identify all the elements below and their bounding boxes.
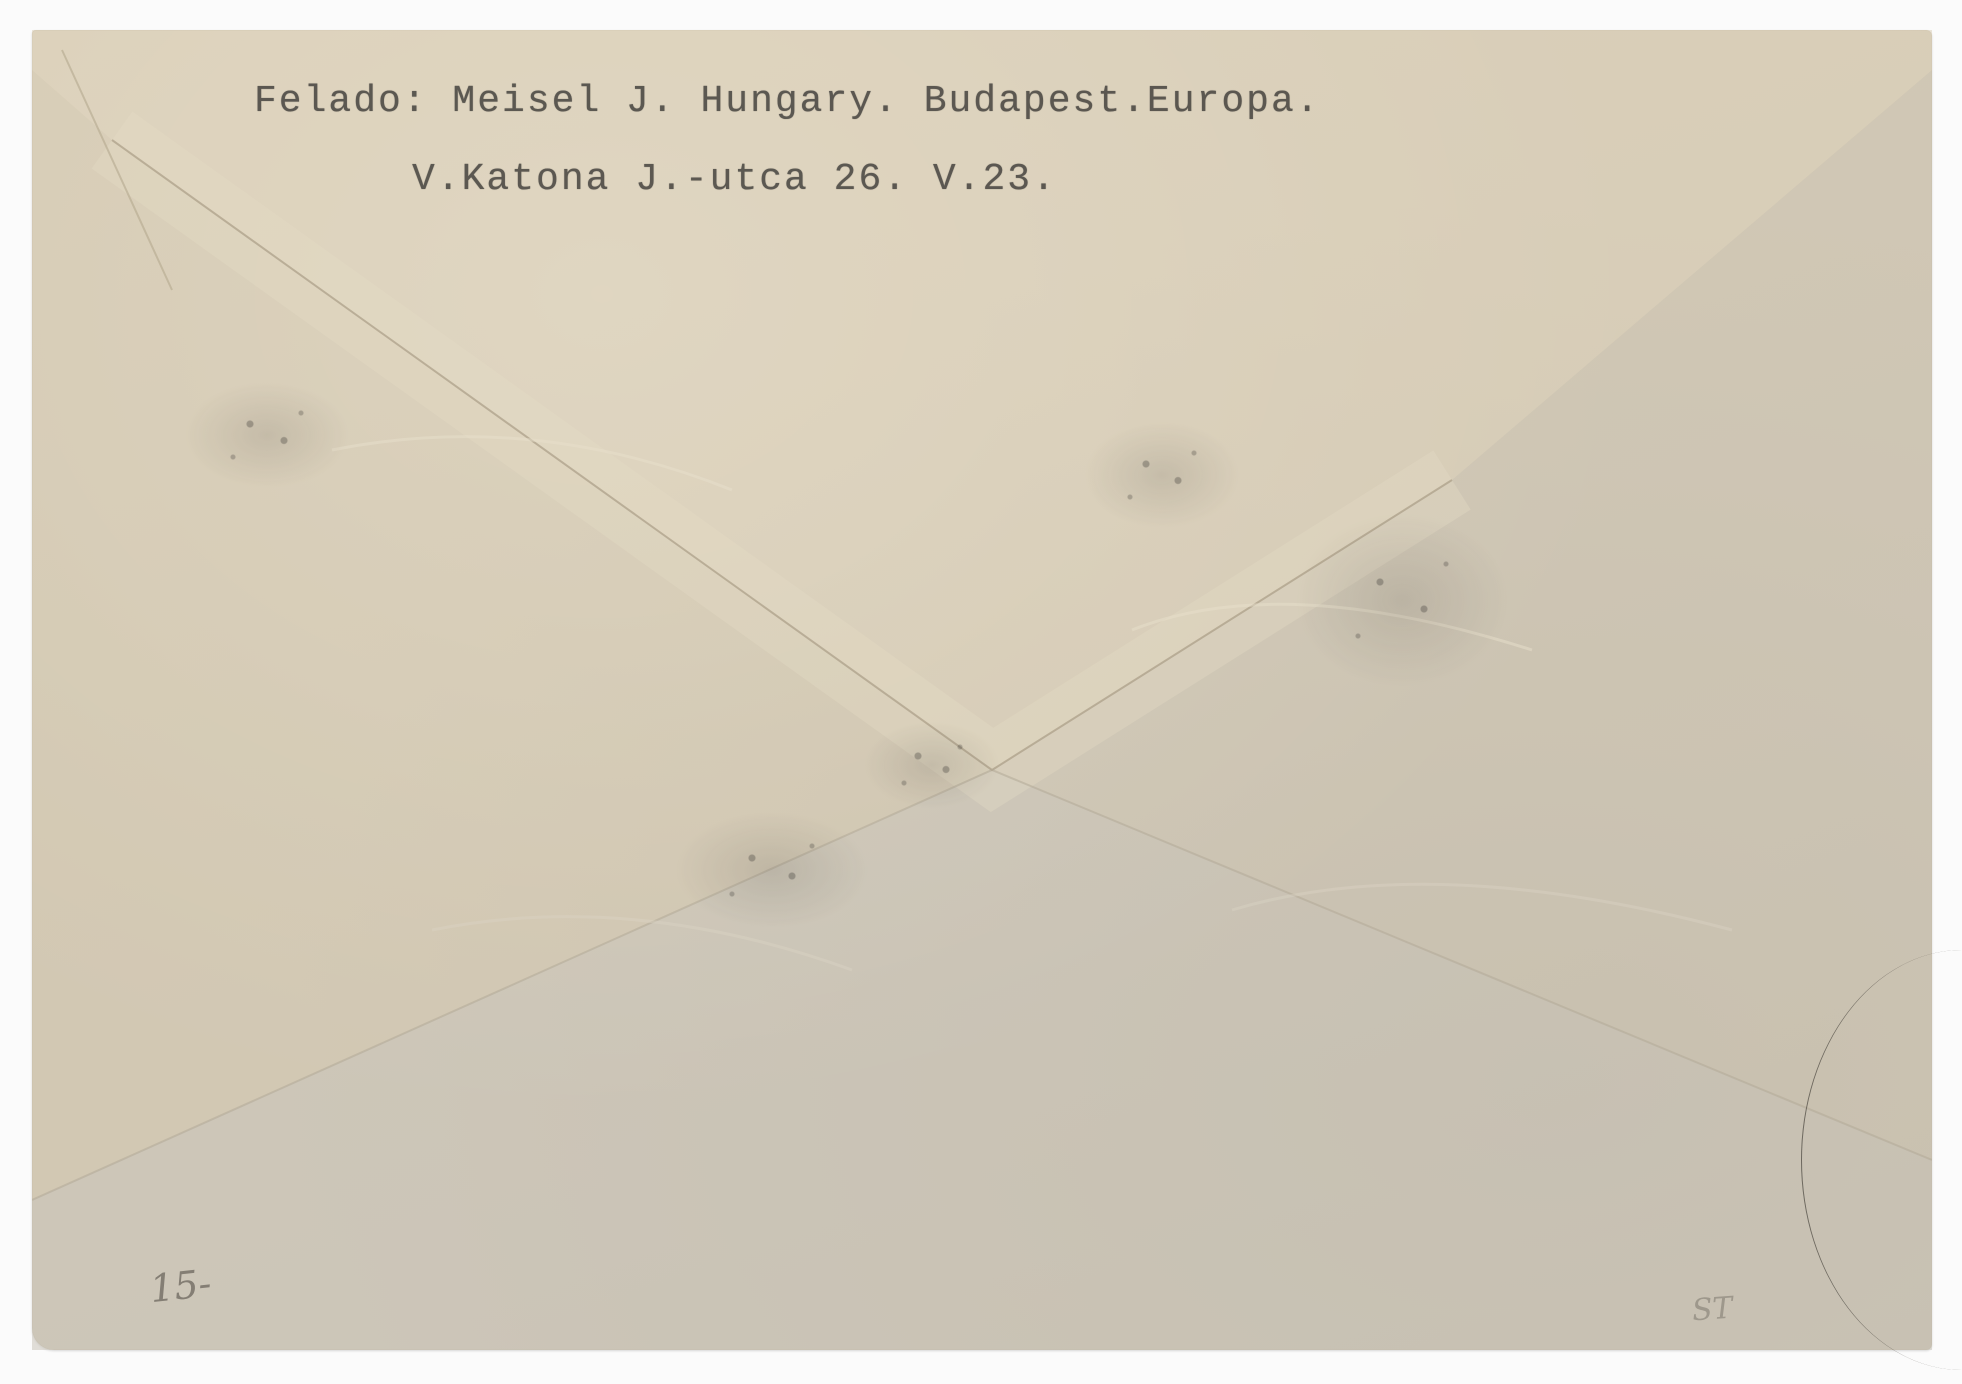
postmark-faint-right — [1292, 510, 1512, 690]
pencil-price-note: 15- — [148, 1261, 213, 1311]
sender-name-line: Felado: Meisel J. Hungary. Budapest.Euro… — [254, 80, 1321, 123]
sender-address-line: V.Katona J.-utca 26. V.23. — [412, 158, 1057, 201]
postmark-faint-center — [862, 720, 1002, 810]
postmark-faint-left — [182, 380, 352, 490]
pencil-corner-note: ST — [1691, 1291, 1734, 1329]
postmark-faint-upper — [1082, 420, 1242, 530]
envelope-flaps — [32, 30, 1932, 1350]
postmark-faint-lower — [672, 810, 872, 930]
envelope-back: Felado: Meisel J. Hungary. Budapest.Euro… — [32, 30, 1932, 1350]
